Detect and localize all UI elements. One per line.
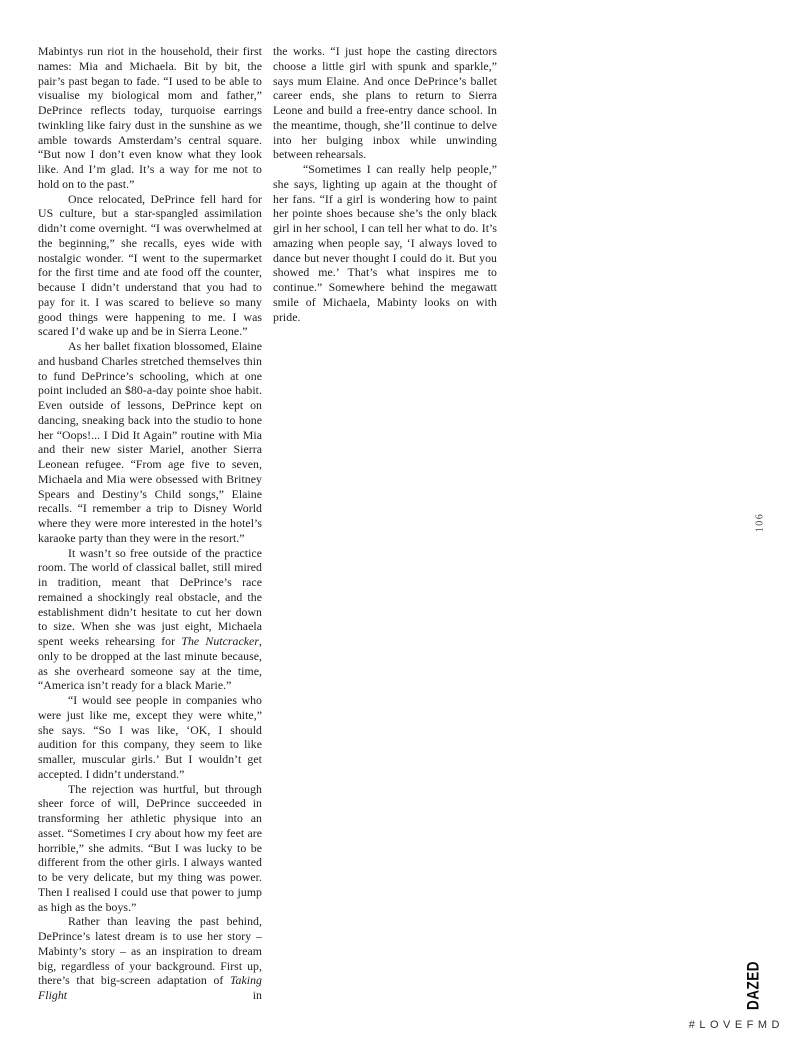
magazine-page: Mabintys run riot in the household, thei…	[0, 0, 800, 1054]
page-number: 106	[755, 507, 766, 539]
text-run: The rejection was hurtful, but through s…	[38, 782, 262, 914]
text-run: It wasn’t so free outside of the practic…	[38, 546, 262, 649]
paragraph: “I would see people in companies who wer…	[38, 693, 262, 782]
text-run: Mabintys run riot in the household, thei…	[38, 44, 262, 191]
paragraph: As her ballet fixation blossomed, Elaine…	[38, 339, 262, 546]
dazed-logo: DAZED	[744, 960, 763, 1012]
text-run: Once relocated, DePrince fell hard for U…	[38, 192, 262, 339]
text-run: As her ballet fixation blossomed, Elaine…	[38, 339, 262, 545]
paragraph: Once relocated, DePrince fell hard for U…	[38, 192, 262, 340]
article-column-1: Mabintys run riot in the household, thei…	[38, 44, 262, 1003]
paragraph: the works. “I just hope the casting dire…	[273, 44, 497, 162]
article-column-2: the works. “I just hope the casting dire…	[273, 44, 497, 324]
paragraph: Mabintys run riot in the household, thei…	[38, 44, 262, 192]
paragraph: It wasn’t so free outside of the practic…	[38, 546, 262, 694]
text-run: “Sometimes I can really help people,” sh…	[273, 162, 497, 324]
paragraph: The rejection was hurtful, but through s…	[38, 782, 262, 915]
paragraph: “Sometimes I can really help people,” sh…	[273, 162, 497, 324]
text-run: the works. “I just hope the casting dire…	[273, 44, 497, 161]
text-run: “I would see people in companies who wer…	[38, 693, 262, 781]
paragraph: Rather than leaving the past behind, DeP…	[38, 914, 262, 1003]
text-run-italic: The Nutcracker	[181, 634, 259, 648]
text-run: in	[67, 988, 262, 1002]
text-run: Rather than leaving the past behind, DeP…	[38, 914, 262, 987]
hashtag-footer: #LOVEFMD	[689, 1019, 784, 1031]
